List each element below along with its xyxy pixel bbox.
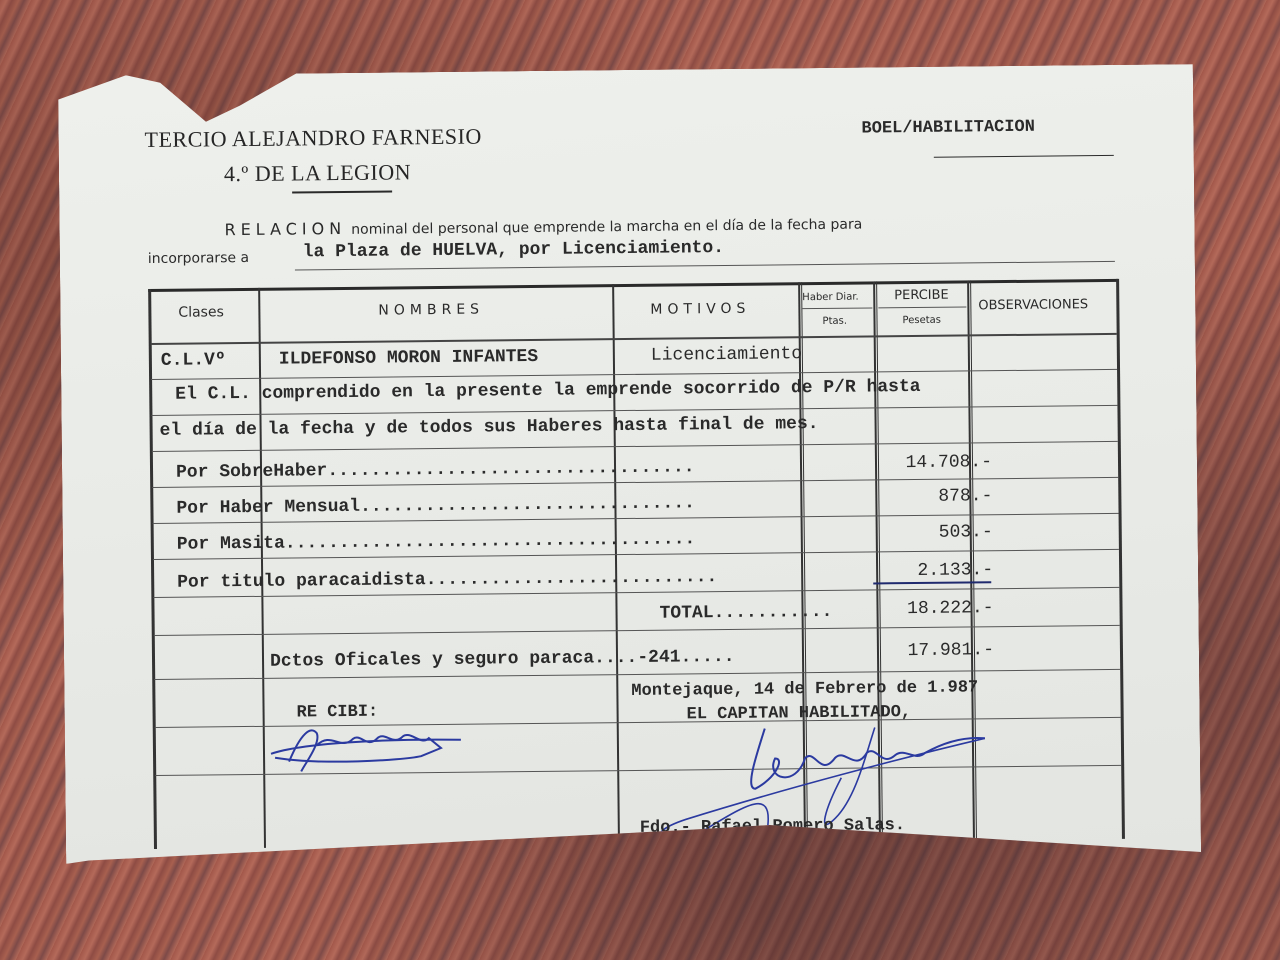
row-line (151, 369, 1117, 380)
total-label: TOTAL........... (659, 602, 832, 624)
recipient-signature-icon (261, 712, 482, 774)
entry-nombre: ILDEFONSO MORON INFANTES (279, 347, 538, 370)
amount-sobrehaber: 14.708.- (882, 452, 992, 473)
row-line (154, 625, 1120, 636)
amount-titulo-paracaidista: 2.133.- (883, 560, 993, 581)
deductions-dots-after: ..... (680, 647, 734, 668)
item-masita: Por Masita..............................… (177, 529, 696, 554)
table-right-border (1116, 279, 1125, 839)
row-line (151, 405, 1117, 416)
amount-haber-mensual: 878.- (882, 486, 992, 507)
haber-header-divider (802, 307, 872, 309)
note-line-1: El C.L. comprendido en la presente la em… (175, 377, 920, 405)
unit-subtitle: 4.º DE LA LEGION (224, 159, 411, 187)
table-left-border (148, 289, 157, 849)
item-label: Por SobreHaber (176, 461, 327, 483)
col-header-percibe: PERCIBE (894, 288, 949, 304)
item-haber-mensual: Por Haber Mensual.......................… (176, 493, 695, 518)
percibe-header-divider (878, 306, 966, 308)
relacion-text: nominal del personal que emprende la mar… (351, 217, 862, 238)
deductions-label: Dctos Oficales y seguro paraca (270, 648, 594, 671)
item-label: Por titulo paracaidista (177, 570, 426, 593)
item-label: Por Masita (177, 534, 285, 555)
total-amount: 18.222.- (883, 598, 993, 619)
item-titulo-paracaidista: Por titulo paracaidista.................… (177, 567, 717, 593)
deductions-value: -241 (637, 647, 680, 667)
amount-masita: 503.- (883, 522, 993, 543)
reference-underline (934, 155, 1114, 158)
item-label: Por Haber Mensual (176, 497, 360, 519)
col-header-ptas: Ptas. (822, 316, 847, 327)
col-header-clases: Clases (178, 304, 224, 320)
col-header-motivos: MOTIVOS (650, 301, 750, 318)
note-line-2: el día de la fecha y de todos sus Habere… (160, 414, 819, 441)
col-header-nombres: NOMBRES (378, 302, 484, 319)
total-dots: ........... (713, 602, 832, 623)
entry-motivo: Licenciamiento (651, 344, 802, 366)
total-text: TOTAL (659, 603, 713, 624)
col-header-haber-diario: Haber Diar. (802, 292, 859, 304)
place-date: Montejaque, 14 de Febrero de 1.987 (631, 678, 978, 701)
entry-clase: C.L.Vº (161, 350, 226, 371)
deductions-line: Dctos Oficales y seguro paraca....-241..… (270, 647, 735, 672)
unit-name: TERCIO ALEJANDRO FARNESIO (144, 124, 481, 154)
signed-by: Fdo.- Rafael Romero Salas. (640, 816, 905, 838)
item-dots: .................................. (327, 457, 694, 481)
document-sheet: TERCIO ALEJANDRO FARNESIO 4.º DE LA LEGI… (58, 64, 1201, 864)
personnel-table: Clases NOMBRES MOTIVOS Haber Diar. Ptas.… (58, 64, 1193, 76)
col-header-observaciones: OBSERVACIONES (978, 297, 1088, 313)
col-header-pesetas: Pesetas (902, 315, 941, 326)
item-dots: ............................... (360, 493, 695, 517)
row-line (152, 441, 1118, 452)
incorporarse-label: incorporarse a (148, 250, 249, 267)
item-sobrehaber: Por SobreHaber..........................… (176, 457, 695, 482)
reference-code: BOEL/HABILITACION (861, 118, 1035, 139)
destination-underline (295, 261, 1115, 271)
header-row-border (151, 333, 1117, 345)
header-underline (292, 190, 392, 193)
item-dots: ...................................... (285, 529, 696, 553)
deductions-dots: .... (594, 648, 637, 668)
net-amount: 17.981.- (884, 640, 994, 661)
relacion-heading: RELACION nominal del personal que empren… (224, 214, 862, 240)
destination-field: la Plaza de HUELVA, por Licenciamiento. (303, 238, 724, 262)
item-dots: ........................... (426, 567, 718, 590)
relacion-word: RELACION (224, 219, 346, 239)
table-top-border (148, 279, 1118, 292)
